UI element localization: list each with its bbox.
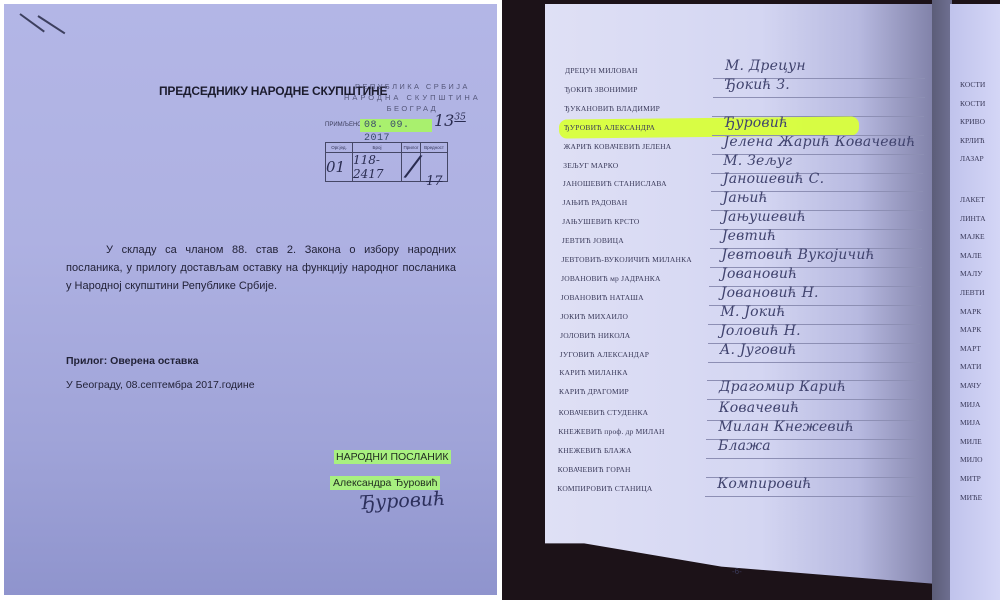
place-date-line: У Београду, 08.септембра 2017.године: [66, 379, 255, 391]
member-name: ЂУКАНОВИЋ ВЛАДИМИР: [564, 104, 660, 113]
member-signature: Ђуровић: [724, 115, 788, 131]
next-page-name: МАРК: [960, 307, 1000, 316]
received-label: ПРИМЉЕНО:: [325, 122, 364, 128]
member-name: ЈЕВТОВИЋ-ВУКОЈИЧИЋ МИЛАНКА: [562, 255, 692, 264]
next-page-name: МИЛЕ: [960, 437, 1000, 446]
next-page-name: МИЈА: [960, 418, 1000, 427]
member-signature: Јањић: [723, 190, 768, 206]
member-name: ЈУГОВИЋ АЛЕКСАНДАР: [560, 350, 649, 359]
next-page-name: КРЛИЋ: [960, 136, 1000, 145]
member-name: ЈОЛОВИЋ НИКОЛА: [560, 331, 630, 340]
member-name: КАРИЋ МИЛАНКА: [559, 368, 627, 377]
member-name: КНЕЖЕВИЋ проф. др МИЛАН: [558, 427, 664, 436]
next-page-name: ЛАЗАР: [960, 154, 1000, 163]
resignation-letter-photo: ПРЕДСЕДНИКУ НАРОДНЕ СКУПШТИНЕ РЕПУБЛИКА …: [4, 4, 497, 595]
next-page-name: МИЈА: [960, 400, 1000, 409]
member-signature: А. Југовић: [720, 342, 797, 358]
member-signature: Јовановић Н.: [721, 285, 819, 301]
next-page-name: МАРТ: [960, 344, 1000, 353]
next-page-name: МАЛУ: [960, 269, 1000, 278]
next-page-name: МИЋЕ: [960, 493, 1000, 502]
member-signature: Јевтовић Вукојичић: [722, 247, 875, 263]
time-hour: 13: [434, 111, 454, 130]
book-gutter: [932, 0, 952, 600]
next-page-name: МАЧУ: [960, 381, 1000, 390]
member-signature: Јевтић: [722, 228, 777, 244]
signature-line: [705, 496, 917, 497]
next-page-name: МИЛО: [960, 455, 1000, 464]
register-next-page: [950, 4, 1000, 600]
stamp-col: Вредност: [421, 143, 448, 153]
next-page-name: МАРК: [960, 325, 1000, 334]
member-name: КАРИЋ ДРАГОМИР: [559, 387, 629, 396]
member-name: КОВАЧЕВИЋ СТУДЕНКА: [559, 408, 649, 417]
member-signature: Јовановић: [721, 266, 797, 282]
member-name: ЗЕЉУГ МАРКО: [563, 161, 618, 170]
member-signature: Блажа: [718, 438, 771, 454]
received-time: 1335: [434, 111, 466, 130]
next-page-name: КРИВО: [960, 117, 1000, 126]
member-name: ЂОКИЋ ЗВОНИМИР: [565, 85, 638, 94]
attachment-line: Прилог: Оверена оставка: [66, 355, 198, 367]
member-name: ЖАРИЋ КОВАЧЕВИЋ ЈЕЛЕНА: [564, 142, 672, 151]
member-signature: Ђокић З.: [725, 77, 790, 93]
member-name: КОМПИРОВИЋ СТАНИЦА: [557, 484, 652, 493]
member-signature: Јаношевић С.: [723, 171, 824, 187]
member-name: ЈОКИЋ МИХАИЛО: [560, 312, 628, 321]
next-page-name: МАЛЕ: [960, 251, 1000, 260]
next-page-name: МИТР: [960, 474, 1000, 483]
member-name: КОВАЧЕВИЋ ГОРАН: [558, 465, 631, 474]
signatory-role: НАРОДНИ ПОСЛАНИК: [334, 450, 451, 464]
stamp-line: РЕПУБЛИКА СРБИЈА: [344, 81, 481, 92]
next-page-name: МАЈКЕ: [960, 232, 1000, 241]
member-name: ЈАЊУШЕВИЋ КРСТО: [562, 217, 639, 226]
stamp-value: 118-2417: [353, 153, 402, 182]
stamp-line: НАРОДНА СКУПШТИНА: [344, 92, 481, 103]
next-page-name: ЛЕВТИ: [960, 288, 1000, 297]
stamp-header: РЕПУБЛИКА СРБИЈА НАРОДНА СКУПШТИНА БЕОГР…: [344, 81, 481, 114]
handwritten-signature: Ђуровић: [359, 488, 445, 514]
member-name: ЈАНОШЕВИЋ СТАНИСЛАВА: [563, 179, 667, 188]
member-signature: М. Зељуг: [723, 153, 792, 169]
next-page-name: ЛИНТА: [960, 214, 1000, 223]
letter-body: У складу са чланом 88. став 2. Закона о …: [66, 241, 456, 295]
member-signature: Јелена Жарић Ковачевић: [724, 134, 916, 150]
member-signature: Јањушевић: [722, 209, 806, 225]
stamp-col: Број: [353, 143, 402, 153]
stamp-value: 01: [326, 153, 353, 182]
stamp-year: 17: [426, 174, 443, 189]
received-date: 08. 09. 2017: [360, 119, 432, 132]
member-name: КНЕЖЕВИЋ БЛАЖА: [558, 446, 632, 455]
member-signature: М. Јокић: [720, 304, 785, 320]
register-row: КОМПИРОВИЋ СТАНИЦАКомпировић: [557, 478, 917, 500]
member-name: ЈОВАНОВИЋ НАТАША: [561, 293, 644, 302]
next-page-name: КОСТИ: [960, 99, 1000, 108]
member-signature: Ковачевић: [719, 400, 800, 416]
signature-register-photo: ДРЕЦУН МИЛОВАНМ. ДрецунЂОКИЋ ЗВОНИМИРЂок…: [502, 0, 1000, 600]
next-page-name: ЛАКЕТ: [960, 195, 1000, 204]
member-signature: Компировић: [717, 476, 811, 492]
next-page-name: МАТИ: [960, 362, 1000, 371]
member-name: ЈЕВТИЋ ЈОВИЦА: [562, 236, 624, 245]
member-signature: Драгомир Карић: [719, 379, 846, 395]
member-name: ЈОВАНОВИЋ мр ЈАДРАНКА: [561, 274, 660, 283]
next-page-name: КОСТИ: [960, 80, 1000, 89]
time-minute: 35: [454, 113, 465, 123]
member-signature: Јоловић Н.: [720, 323, 801, 339]
stamp-col: Орг.јед.: [326, 143, 353, 153]
signature-line: [712, 135, 924, 136]
member-signature: М. Дрецун: [725, 58, 806, 74]
member-signature: Милан Кнежевић: [718, 419, 854, 435]
member-name: ЈАЊИЋ РАДОВАН: [563, 198, 628, 207]
page-number: -6-: [732, 567, 742, 576]
member-name: ЂУРОВИЋ АЛЕКСАНДРА: [564, 123, 655, 132]
member-name: ДРЕЦУН МИЛОВАН: [565, 66, 638, 75]
